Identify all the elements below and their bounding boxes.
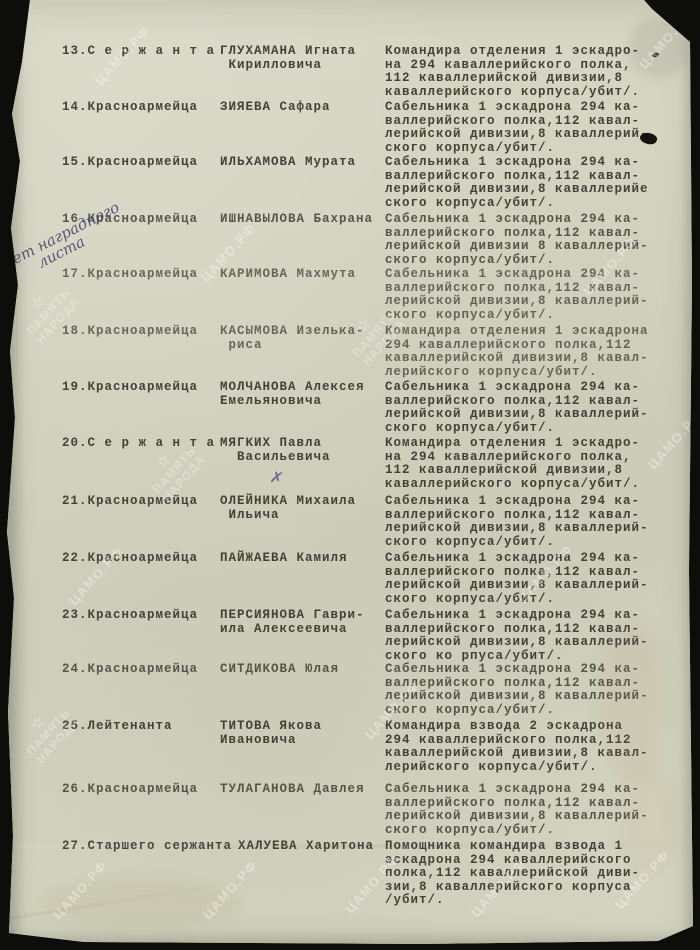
paper-crease (0, 845, 700, 847)
entry-name: ТУЛАГАНОВА Давлея (220, 783, 365, 797)
entry-row: 16.Красноармейца ИШНАВЫЛОВА Бахрана Сабе… (62, 213, 677, 271)
scan-background: 13.С е р ж а н т а ГЛУХАМАНА Игната Кири… (0, 0, 700, 950)
entry-rank: 21.Красноармейца (62, 495, 198, 509)
entry-rank: 18.Красноармейца (62, 325, 198, 339)
entry-name: МОЛЧАНОВА Алексея Емельяновича (220, 381, 365, 408)
entry-description: Сабельника 1 эскадрона 294 ка- валлерийс… (385, 381, 680, 435)
edge-shadow (680, 0, 696, 950)
entry-row: 22.Красноармейца ПАЙЖАЕВА Камиля Сабельн… (62, 552, 677, 610)
entry-rank: 26.Красноармейца (62, 783, 198, 797)
entry-row: 18.Красноармейца КАСЫМОВА Изелька- риса … (62, 325, 677, 383)
entry-row: 15.Красноармейца ИЛЬХАМОВА Мурата Сабель… (62, 156, 677, 214)
entry-name: ЗИЯЕВА Сафара (220, 101, 331, 115)
entry-description: Командира отделения 1 эскадро- на 294 ка… (385, 437, 680, 491)
entry-description: Помощника командира взвода 1 эскадрона 2… (385, 840, 680, 908)
entry-rank: 19.Красноармейца (62, 381, 198, 395)
entry-name: ИШНАВЫЛОВА Бахрана (220, 213, 373, 227)
entry-description: Сабельника 1 эскадрона 294 ка- валлерийс… (385, 101, 680, 155)
entry-rank: 23.Красноармейца (62, 609, 198, 623)
entry-name: ПЕРСИЯНОВА Гаври- ила Алексеевича (220, 609, 365, 636)
entry-description: Командира взвода 2 эскадрона 294 кавалле… (385, 720, 680, 774)
entry-row: 13.С е р ж а н т а ГЛУХАМАНА Игната Кири… (62, 45, 677, 103)
entry-rank: 24.Красноармейца (62, 663, 198, 677)
entry-description: Сабельника 1 эскадрона 294 ка- валлерийс… (385, 213, 680, 267)
entry-row: 17.Красноармейца КАРИМОВА Махмута Сабель… (62, 268, 677, 326)
entry-name: ПАЙЖАЕВА Камиля (220, 552, 348, 566)
entry-name: МЯГКИХ Павла Васильевича (220, 437, 331, 464)
entry-row: 25.Лейтенанта ТИТОВА Якова Ивановича Ком… (62, 720, 677, 778)
entry-row: 26.Красноармейца ТУЛАГАНОВА Давлея Сабел… (62, 783, 677, 841)
document-paper: 13.С е р ж а н т а ГЛУХАМАНА Игната Кири… (0, 0, 700, 950)
entry-rank: 22.Красноармейца (62, 552, 198, 566)
entry-description: Командира отделения 1 эскадрона 294 кава… (385, 325, 680, 379)
entry-row: 27.Старшего сержанта ХАЛУЕВА Харитона По… (62, 840, 677, 898)
entry-name: ГЛУХАМАНА Игната Кирилловича (220, 45, 356, 72)
entry-description: Сабельника 1 эскадрона 294 ка- валлерийс… (385, 552, 680, 606)
entry-description: Сабельника 1 эскадрона 294 ка- валлерийс… (385, 783, 680, 837)
entry-name: ТИТОВА Якова Ивановича (220, 720, 322, 747)
entry-name: СИТДИКОВА Юлая (220, 663, 339, 677)
entry-description: Сабельника 1 эскадрона 294 ка- валлерийс… (385, 156, 680, 210)
entry-name: КАСЫМОВА Изелька- риса (220, 325, 365, 352)
entry-description: Сабельника 1 эскадрона 294 ка- валлерийс… (385, 609, 680, 663)
entry-rank: 13.С е р ж а н т а (62, 45, 215, 59)
entry-rank: 17.Красноармейца (62, 268, 198, 282)
entry-rank: 14.Красноармейца (62, 101, 198, 115)
entry-row: 20.С е р ж а н т а МЯГКИХ Павла Васильев… (62, 437, 677, 495)
entry-description: Сабельника 1 эскадрона 294 ка- валлерийс… (385, 268, 680, 322)
entry-row: 21.Красноармейца ОЛЕЙНИКА Михаила Ильича… (62, 495, 677, 553)
edge-shadow (0, 930, 700, 948)
entry-rank: 20.С е р ж а н т а (62, 437, 215, 451)
entry-description: Сабельника 1 эскадрона 294 ка- валлерийс… (385, 495, 680, 549)
entry-rank: 25.Лейтенанта (62, 720, 173, 734)
entry-description: Командира отделения 1 эскадро- на 294 ка… (385, 45, 680, 99)
entry-description: Сабельника 1 эскадрона 294 ка- валлерийс… (385, 663, 680, 717)
entry-name: ОЛЕЙНИКА Михаила Ильича (220, 495, 356, 522)
torn-edge-shadow (6, 0, 26, 950)
entry-row: 23.Красноармейца ПЕРСИЯНОВА Гаври- ила А… (62, 609, 677, 667)
entry-rank: 15.Красноармейца (62, 156, 198, 170)
entry-row: 24.Красноармейца СИТДИКОВА Юлая Сабельни… (62, 663, 677, 721)
entry-name: КАРИМОВА Махмута (220, 268, 356, 282)
entry-name: ИЛЬХАМОВА Мурата (220, 156, 356, 170)
entry-row: 19.Красноармейца МОЛЧАНОВА Алексея Емель… (62, 381, 677, 439)
entry-row: 14.Красноармейца ЗИЯЕВА Сафара Сабельник… (62, 101, 677, 159)
